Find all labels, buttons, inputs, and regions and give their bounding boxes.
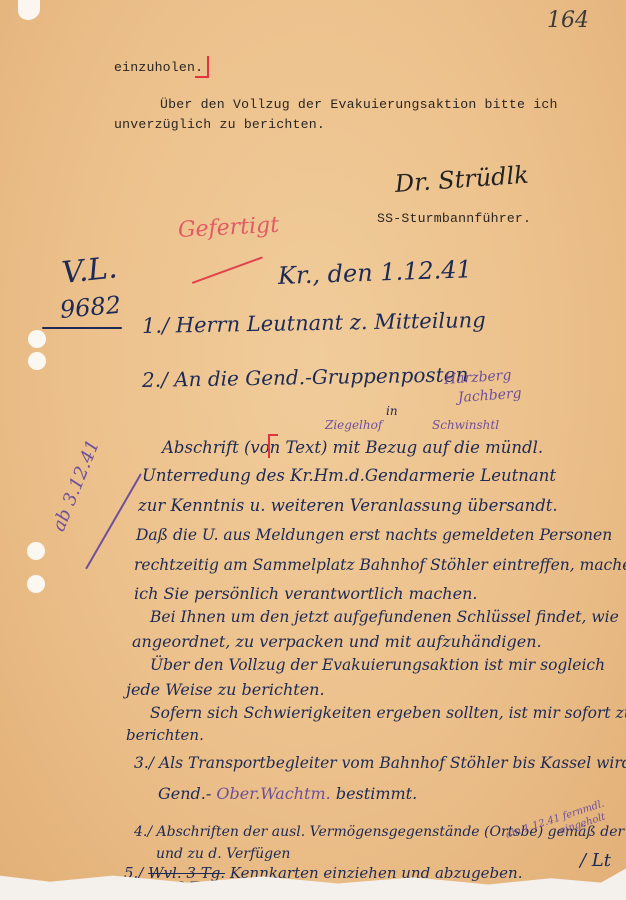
body-line: ich Sie persönlich verantwortlich machen… xyxy=(134,584,477,603)
left-ref-number: 9682 xyxy=(59,291,122,324)
item-6: 6./ Wvl. 3 Tg. xyxy=(118,880,212,896)
red-bracket-open xyxy=(268,434,278,458)
handwritten-in: in xyxy=(386,404,398,418)
violet-place-2: Jachberg xyxy=(457,386,522,406)
left-ref-underline xyxy=(42,327,122,329)
item-5-number: 5./ xyxy=(124,864,143,882)
red-check-mark xyxy=(195,56,209,78)
body-line: Unterredung des Kr.Hm.d.Gendarmerie Leut… xyxy=(142,466,556,485)
document-page: 164 einzuholen. Über den Vollzug der Eva… xyxy=(0,0,626,888)
red-annotation-gefertigt: Gefertigt xyxy=(177,213,279,243)
item-3-line1: 3./ Als Transportbegleiter vom Bahnhof S… xyxy=(134,754,626,772)
paper-tear xyxy=(18,0,40,20)
item-3-end: bestimmt. xyxy=(336,784,417,803)
typed-line-einzuholen: einzuholen. xyxy=(114,60,203,75)
left-ref-vl: V.L. xyxy=(60,250,119,291)
item-1: 1./ Herrn Leutnant z. Mitteilung xyxy=(142,308,486,338)
page-number: 164 xyxy=(547,8,589,33)
body-line: Bei Ihnen um den jetzt aufgefundenen Sch… xyxy=(150,608,619,626)
item-3-line2: Gend.- Ober.Wachtm. bestimmt. xyxy=(158,784,417,803)
punch-hole xyxy=(27,542,45,560)
violet-margin-date: ab 3.12.41 xyxy=(48,437,104,535)
body-line: zur Kenntnis u. weiteren Veranlassung üb… xyxy=(138,496,558,515)
typed-rank: SS-Sturmbannführer. xyxy=(377,211,531,226)
item-4-line2: und zu d. Verfügen xyxy=(156,846,290,862)
punch-hole xyxy=(27,575,45,593)
item-2: 2./ An die Gend.-Gruppenposten xyxy=(142,362,469,392)
violet-place-1: Harzberg xyxy=(443,367,511,388)
body-line: Abschrift (von Text) mit Bezug auf die m… xyxy=(162,438,543,457)
body-line: angeordnet, zu verpacken und mit aufzuhä… xyxy=(132,632,542,651)
handwritten-date: Kr., den 1.12.41 xyxy=(278,255,473,290)
violet-under-right: Schwinshtl xyxy=(432,418,499,432)
body-line: Sofern sich Schwierigkeiten ergeben soll… xyxy=(150,704,626,722)
body-line: Daß die U. aus Meldungen erst nachts gem… xyxy=(136,526,612,544)
body-line: berichten. xyxy=(126,726,204,744)
punch-hole xyxy=(28,330,46,348)
item-3-violet-name: Ober.Wachtm. xyxy=(216,784,330,803)
body-line: Über den Vollzug der Evakuierungsaktion … xyxy=(150,656,605,674)
punch-hole xyxy=(28,352,46,370)
item-5-text: Kennkarten einziehen und abzugeben. xyxy=(230,864,523,882)
item-3-gend: Gend.- xyxy=(158,784,211,803)
signature: Dr. Strüdlk xyxy=(394,161,530,198)
body-line: jede Weise zu berichten. xyxy=(126,680,325,699)
body-line: rechtzeitig am Sammelplatz Bahnhof Stöhl… xyxy=(134,556,626,574)
red-underline xyxy=(192,256,263,284)
typed-paragraph-line2: unverzüglich zu berichten. xyxy=(114,117,325,132)
typed-paragraph-line1: Über den Vollzug der Evakuierungsaktion … xyxy=(160,97,558,112)
initials: / Lt xyxy=(580,850,611,871)
item-4-line1: 4./ Abschriften der ausl. Vermögensgegen… xyxy=(134,824,626,840)
violet-under-left: Ziegelhof xyxy=(325,418,382,432)
